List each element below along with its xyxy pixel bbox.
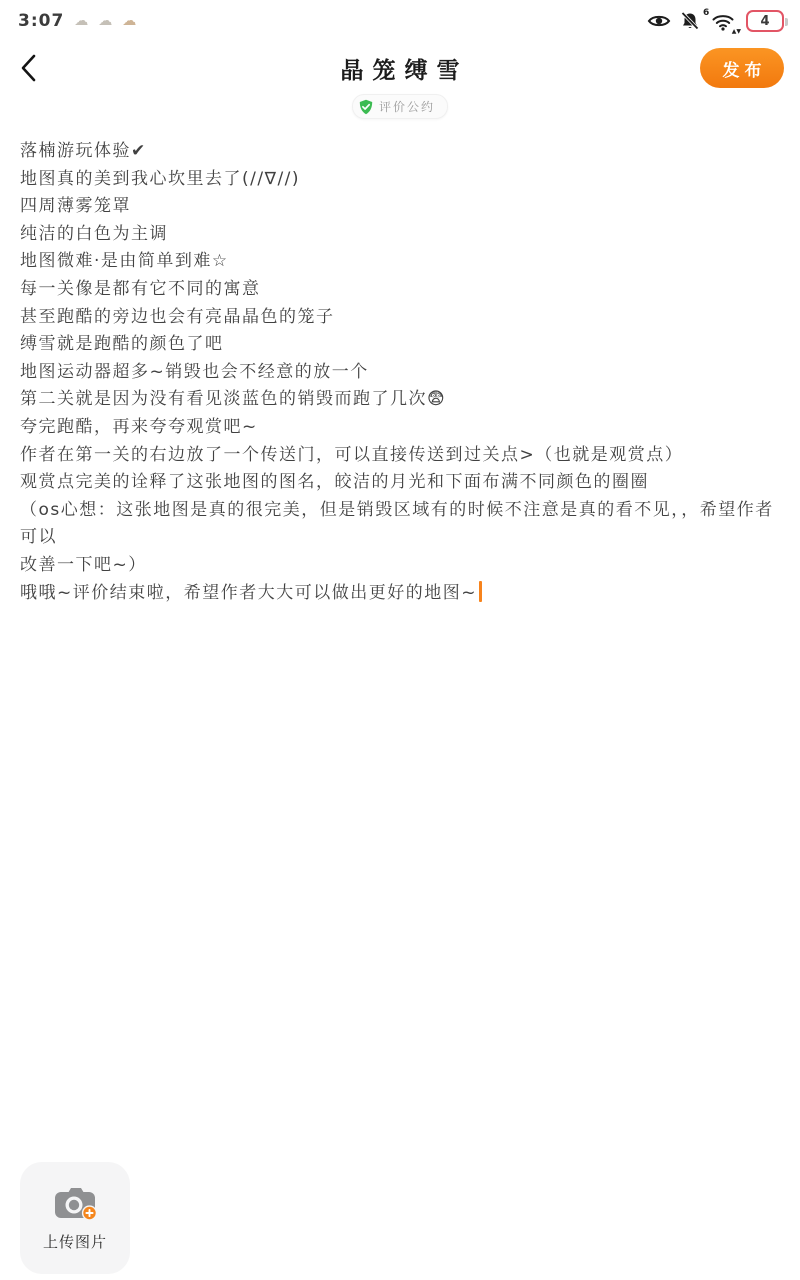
camera-plus-icon: [52, 1184, 98, 1222]
text-cursor: [479, 581, 482, 602]
status-right: 6 ▲▼ 4: [647, 10, 784, 32]
badge-row: 评价公约: [0, 94, 800, 119]
status-left: 3:07 ☁ ☁ ☁: [18, 11, 136, 31]
battery-level: 4: [760, 14, 769, 29]
battery-icon: 4: [746, 10, 784, 32]
review-convention-label: 评价公约: [379, 98, 435, 115]
notification-icon: ☁: [98, 14, 112, 28]
review-text: 落楠游玩体验✔ 地图真的美到我心坎里去了(//∇//) 四周薄雾笼罩 纯洁的白色…: [20, 141, 774, 603]
wifi-icon: 6 ▲▼: [709, 12, 737, 31]
page-title: 晶笼缚雪: [0, 52, 800, 85]
screen: 3:07 ☁ ☁ ☁ 6: [0, 0, 800, 1280]
wifi-generation-label: 6: [703, 8, 709, 18]
review-convention-badge[interactable]: 评价公约: [352, 94, 448, 119]
notification-icon: ☁: [74, 14, 88, 28]
upload-image-label: 上传图片: [43, 1231, 107, 1252]
shield-check-icon: [358, 99, 374, 115]
bell-muted-icon: [680, 12, 700, 30]
header: 晶笼缚雪 发布: [0, 46, 800, 92]
clock: 3:07: [18, 11, 64, 31]
upload-image-button[interactable]: 上传图片: [20, 1162, 130, 1274]
notification-icon: ☁: [122, 14, 136, 28]
review-text-editor[interactable]: 落楠游玩体验✔ 地图真的美到我心坎里去了(//∇//) 四周薄雾笼罩 纯洁的白色…: [20, 138, 790, 607]
publish-button[interactable]: 发布: [700, 48, 784, 88]
eye-protection-icon: [647, 13, 671, 29]
status-bar: 3:07 ☁ ☁ ☁ 6: [0, 0, 800, 38]
wifi-traffic-arrows: ▲▼: [732, 29, 741, 34]
